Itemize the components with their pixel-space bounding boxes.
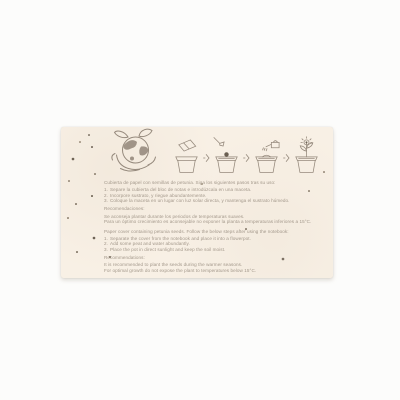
step-item: 2.Add some peat and water abundantly. — [104, 241, 316, 246]
instructions-english: Paper cover containing petunia seeds. Fo… — [104, 229, 316, 273]
brand-logo — [107, 128, 169, 178]
chevron-right-icon — [243, 153, 250, 163]
intro-en: Paper cover containing petunia seeds. Fo… — [104, 229, 316, 234]
pot-with-flower-icon — [291, 134, 322, 174]
pot-with-paper-cover-icon — [171, 134, 202, 174]
hand-holding-globe-icon — [107, 128, 169, 178]
seed-speckles — [61, 127, 63, 129]
planting-steps-illustration — [107, 128, 319, 178]
step-item: 3.Coloque la maceta en un lugar con luz … — [104, 198, 316, 203]
steps-list-es: 1.Separe la cubierta del bloc de notas e… — [104, 187, 316, 203]
step-item: 1.Separe la cubierta del bloc de notas e… — [104, 187, 316, 192]
chevron-right-icon — [283, 153, 290, 163]
product-photo-backdrop: Cubierta de papel con semillas de petuni… — [0, 0, 400, 400]
recommendations-title-es: Recomendaciones: — [104, 206, 316, 211]
instructions-spanish: Cubierta de papel con semillas de petuni… — [104, 180, 316, 224]
intro-es: Cubierta de papel con semillas de petuni… — [104, 180, 316, 185]
recommendation-line: For optimal growth do not expose the pla… — [104, 268, 316, 273]
planting-sequence — [171, 128, 322, 174]
recommendations-title-en: Recommendations: — [104, 255, 316, 260]
instructions-text: Cubierta de papel con semillas de petuni… — [104, 180, 316, 277]
pot-with-watering-can-icon — [251, 134, 282, 174]
pot-with-seed-and-trowel-icon — [211, 134, 242, 174]
recommendation-line: Para un óptimo crecimiento es aconsejabl… — [104, 219, 316, 224]
steps-list-en: 1.Separate the cover from the notebook a… — [104, 236, 316, 252]
seed-paper-card: Cubierta de papel con semillas de petuni… — [61, 127, 333, 278]
step-item: 2.Incorpore sustrato, y riegue abundante… — [104, 193, 316, 198]
step-item: 1.Separate the cover from the notebook a… — [104, 236, 316, 241]
chevron-right-icon — [203, 153, 210, 163]
recommendations-en: It is recommended to plant the seeds dur… — [104, 262, 316, 273]
recommendation-line: It is recommended to plant the seeds dur… — [104, 262, 316, 267]
recommendations-es: Se aconseja plantar durante los periodos… — [104, 214, 316, 225]
recommendation-line: Se aconseja plantar durante los periodos… — [104, 214, 316, 219]
step-item: 3.Place the pot in direct sunlight and k… — [104, 247, 316, 252]
